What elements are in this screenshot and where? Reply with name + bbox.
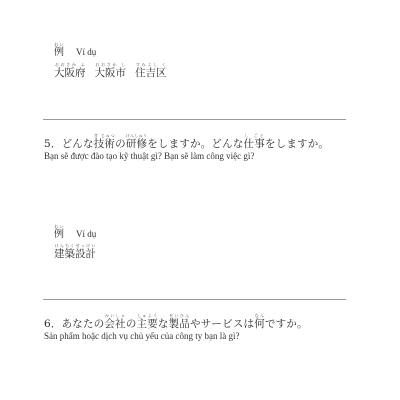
q5-ruby-kenshuu: 研修けんしゅう [126, 138, 147, 150]
question-5-vietnamese: Bạn sẽ được đào tạo kỹ thuật gì? Bạn sẽ … [44, 151, 254, 161]
q6-text: やサービスは [190, 318, 254, 330]
q5-text: どんな [62, 138, 94, 150]
answer-prefecture: 大阪府おおさか ふ [54, 67, 86, 79]
q5-ruby-gijutsu: 技術ぎ じゅつ [94, 138, 115, 150]
question-6-japanese: 6．あなたの会社かいしゃの主要しゅような製品せいひんやサービスは何なんですか。 [44, 313, 308, 331]
q6-ruby-seihin: 製品せいひん [169, 318, 190, 330]
answer-line-2 [43, 299, 346, 300]
answer-ward: 住吉区すみよし く [135, 67, 167, 79]
vidu-label: Ví dụ [76, 47, 96, 57]
q6-text: な [158, 318, 169, 330]
example-2-answer: 建築設計けんちくせっけい [54, 243, 96, 261]
question-6-vietnamese: Sản phẩm hoặc dịch vụ chủ yếu của công t… [44, 331, 239, 341]
q5-text: をしますか。どんな [147, 138, 243, 150]
question-number: 5． [44, 138, 62, 150]
example-1-answer: 大阪府おおさか ふ大阪市おおさか し住吉区すみよし く [54, 62, 167, 80]
question-5-japanese: 5．どんな技術ぎ じゅつの研修けんしゅうをしますか。どんな仕事し ごとをしますか… [44, 133, 329, 151]
q6-ruby-shuyou: 主要しゅよう [137, 318, 158, 330]
rei-kanji: 例れい [54, 47, 64, 58]
rei-kanji: 例れい [54, 229, 64, 240]
q5-ruby-shigoto: 仕事し ごと [244, 138, 265, 150]
vidu-label: Ví dụ [76, 229, 96, 239]
q6-text: あなたの [62, 318, 105, 330]
q6-text: の [126, 318, 137, 330]
question-number: 6． [44, 318, 62, 330]
q6-ruby-kaisha: 会社かいしゃ [104, 318, 125, 330]
answer-city: 大阪市おおさか し [95, 67, 127, 79]
q5-text: の [115, 138, 126, 150]
answer-kenchiku-sekkei: 建築設計けんちくせっけい [54, 248, 96, 260]
q6-ruby-nan: 何なん [254, 318, 265, 330]
q5-text: をしますか。 [265, 138, 329, 150]
answer-line-1 [43, 119, 346, 120]
example-2-label: 例れいVí dụ [54, 222, 96, 241]
q6-text: ですか。 [265, 318, 308, 330]
example-1-label: 例れいVí dụ [54, 40, 96, 59]
